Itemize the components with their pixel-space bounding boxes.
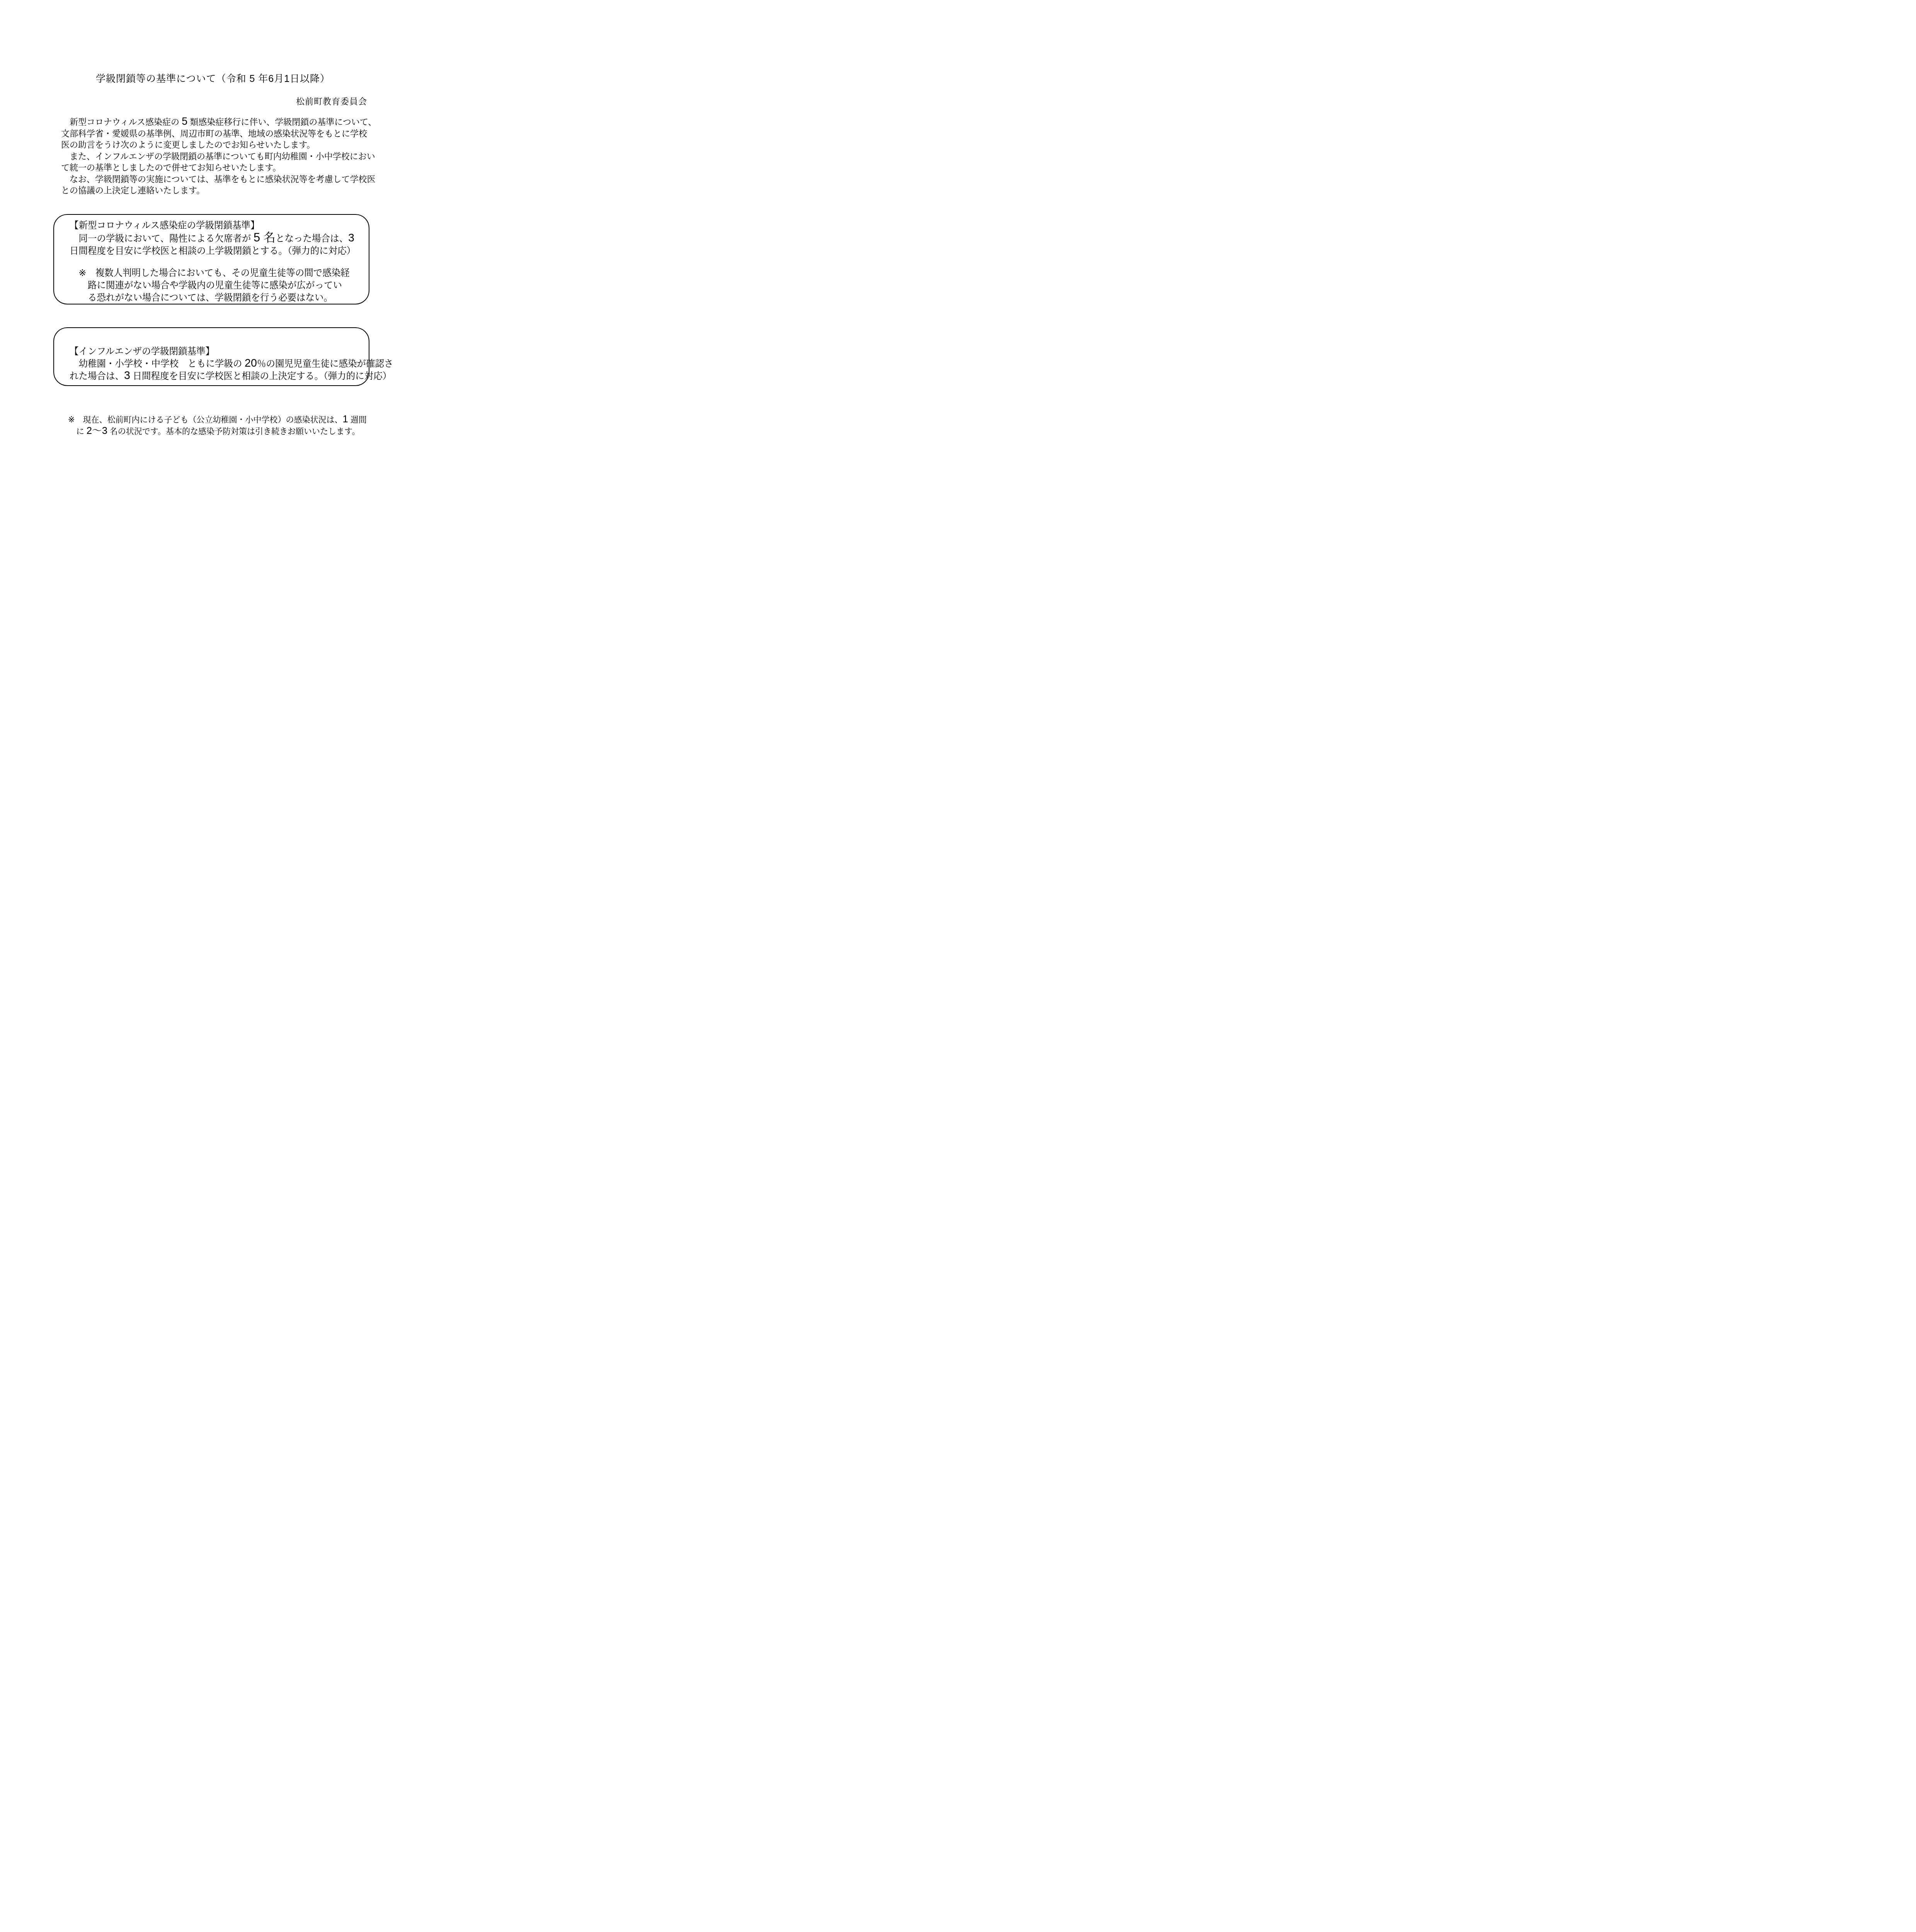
- intro-line: 新型コロナウィルス感染症の 5 類感染症移行に伴い、学級閉鎖の基準について、: [61, 116, 376, 128]
- intro-line: との協議の上決定し連絡いたします。: [61, 185, 376, 196]
- covid-box-note-line: ※ 複数人判明した場合においても、その児童生徒等の間で感染経: [70, 267, 363, 279]
- intro-paragraphs: 新型コロナウィルス感染症の 5 類感染症移行に伴い、学級閉鎖の基準について、文部…: [61, 116, 376, 196]
- footer-note: ※ 現在、松前町内にける子ども（公立幼稚園・小中学校）の感染状況は、1 週間 に…: [68, 414, 367, 437]
- author-line: 松前町教育委員会: [296, 95, 367, 107]
- inline-number: 1: [343, 414, 348, 425]
- document-title: 学級閉鎖等の基準について（令和 5 年6月1日以降）: [0, 71, 426, 85]
- footer-note-line: ※ 現在、松前町内にける子ども（公立幼稚園・小中学校）の感染状況は、1 週間: [68, 414, 367, 426]
- intro-line: なお、学級閉鎖等の実施については、基準をもとに感染状況等を考慮して学校医: [61, 173, 376, 185]
- inline-number: 20: [245, 357, 257, 369]
- covid-box-line: 日間程度を目安に学校医と相談の上学級閉鎖とする。（弾力的に対応）: [70, 245, 363, 257]
- intro-line: 医の助言をうけ次のように変更しましたのでお知らせいたします。: [61, 139, 376, 151]
- flu-box-line: れた場合は、3 日間程度を目安に学校医と相談の上決定する。（弾力的に対応）: [70, 370, 363, 382]
- emphasized-number: 5 名: [254, 231, 276, 244]
- intro-line: 文部科学省・愛媛県の基準例、周辺市町の基準、地域の感染状況等をもとに学校: [61, 128, 376, 139]
- intro-line: て統一の基準としましたので併せてお知らせいたします。: [61, 162, 376, 173]
- covid-box-line: 同一の学級において、陽性による欠席者が 5 名となった場合は、3: [70, 231, 363, 245]
- covid-box-body: 同一の学級において、陽性による欠席者が 5 名となった場合は、3日間程度を目安に…: [70, 231, 363, 257]
- inline-number: 3: [348, 232, 354, 244]
- covid-closure-box: 【新型コロナウィルス感染症の学級閉鎖基準】 同一の学級において、陽性による欠席者…: [53, 214, 369, 304]
- intro-line: また、インフルエンザの学級閉鎖の基準についても町内幼稚園・小中学校におい: [61, 151, 376, 162]
- flu-box-heading: 【インフルエンザの学級閉鎖基準】: [70, 345, 363, 357]
- inline-number: 5: [182, 116, 187, 127]
- flu-box-body: 幼稚園・小学校・中学校 ともに学級の 20％の園児児童生徒に感染が確認された場合…: [70, 357, 363, 382]
- notice-page: 学級閉鎖等の基準について（令和 5 年6月1日以降） 松前町教育委員会 新型コロ…: [0, 0, 426, 602]
- footer-note-line: に 2～3 名の状況です。基本的な感染予防対策は引き続きお願いいたします。: [68, 426, 367, 437]
- flu-closure-box: 【インフルエンザの学級閉鎖基準】 幼稚園・小学校・中学校 ともに学級の 20％の…: [53, 327, 369, 386]
- inline-number: 2～3: [87, 425, 107, 436]
- covid-box-note: ※ 複数人判明した場合においても、その児童生徒等の間で感染経 路に関連がない場合…: [70, 267, 363, 304]
- covid-box-note-line: 路に関連がない場合や学級内の児童生徒等に感染が広がってい: [70, 279, 363, 291]
- flu-box-line: 幼稚園・小学校・中学校 ともに学級の 20％の園児児童生徒に感染が確認さ: [70, 357, 363, 370]
- inline-number: 3: [124, 369, 130, 382]
- covid-box-heading: 【新型コロナウィルス感染症の学級閉鎖基準】: [70, 219, 363, 231]
- covid-box-note-line: る恐れがない場合については、学級閉鎖を行う必要はない。: [70, 291, 363, 304]
